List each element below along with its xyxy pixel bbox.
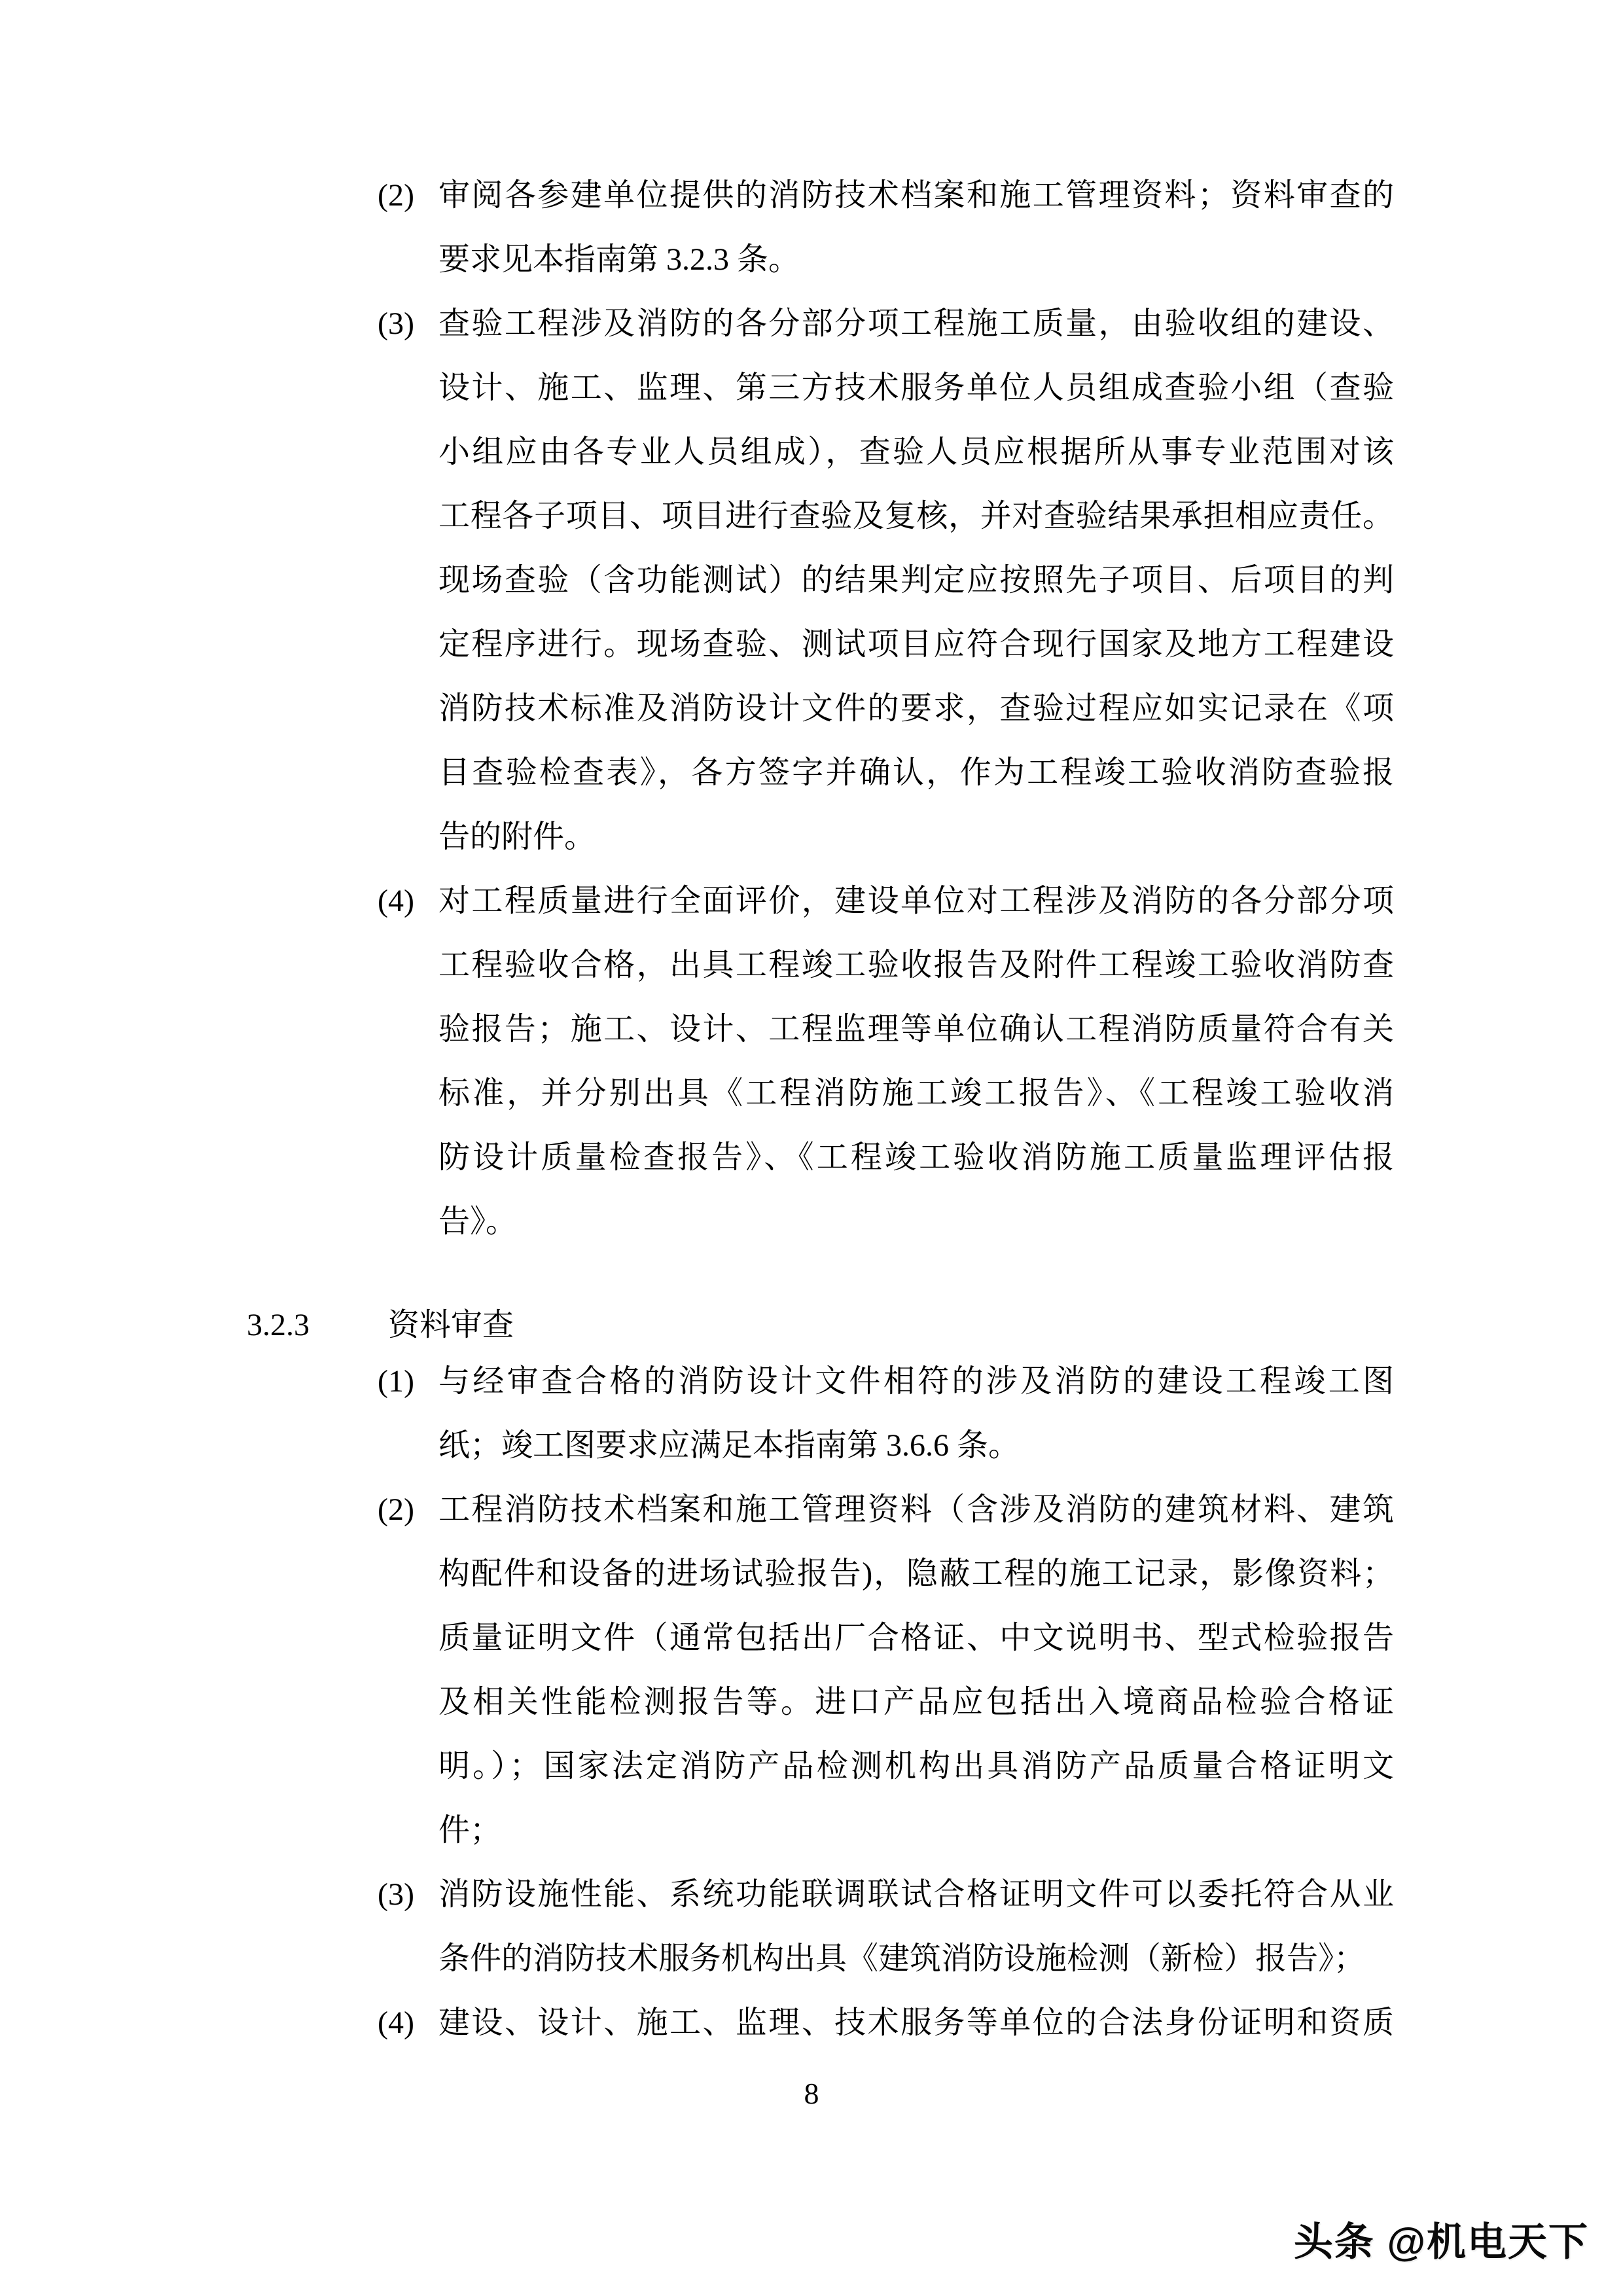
list-item-lines: 查验工程涉及消防的各分部分项工程施工质量，由验收组的建设、设计、施工、监理、第三… <box>438 292 1394 869</box>
text-line: 消防技术标准及消防设计文件的要求，查验过程应如实记录在《项 <box>438 677 1394 741</box>
text-line: 设计、施工、监理、第三方技术服务单位人员组成查验小组（查验 <box>438 356 1394 420</box>
list-item-lines: 建设、设计、施工、监理、技术服务等单位的合法身份证明和资质 <box>438 1991 1394 2055</box>
list-item-lines: 工程消防技术档案和施工管理资料（含涉及消防的建筑材料、建筑构配件和设备的进场试验… <box>438 1478 1394 1863</box>
list-item-marker: (4) <box>378 869 414 933</box>
text-line: 及相关性能检测报告等。进口产品应包括出入境商品检验合格证 <box>438 1670 1394 1734</box>
text-line: 小组应由各专业人员组成），查验人员应根据所从事专业范围对该 <box>438 420 1394 484</box>
list-item-lines: 消防设施性能、系统功能联调联试合格证明文件可以委托符合从业条件的消防技术服务机构… <box>438 1863 1394 1991</box>
text-line: 定程序进行。现场查验、测试项目应符合现行国家及地方工程建设 <box>438 613 1394 677</box>
list-item-marker: (1) <box>378 1350 414 1414</box>
list-item-marker: (3) <box>378 292 414 356</box>
list-item-lines: 对工程质量进行全面评价，建设单位对工程涉及消防的各分部分项工程验收合格，出具工程… <box>438 869 1394 1254</box>
text-line: 现场查验（含功能测试）的结果判定应按照先子项目、后项目的判 <box>438 548 1394 613</box>
text-line: 告的附件。 <box>438 805 1394 869</box>
list-item: (2) 审阅各参建单位提供的消防技术档案和施工管理资料；资料审查的要求见本指南第… <box>378 164 1394 292</box>
list-item-lines: 审阅各参建单位提供的消防技术档案和施工管理资料；资料审查的要求见本指南第 3.2… <box>438 164 1394 292</box>
document-body: (2) 审阅各参建单位提供的消防技术档案和施工管理资料；资料审查的要求见本指南第… <box>247 164 1394 2055</box>
list-item: (2) 工程消防技术档案和施工管理资料（含涉及消防的建筑材料、建筑构配件和设备的… <box>378 1478 1394 1863</box>
text-line: 工程消防技术档案和施工管理资料（含涉及消防的建筑材料、建筑 <box>438 1478 1394 1542</box>
text-line: 审阅各参建单位提供的消防技术档案和施工管理资料；资料审查的 <box>438 164 1394 228</box>
list-item-marker: (4) <box>378 1991 414 2055</box>
text-line: 对工程质量进行全面评价，建设单位对工程涉及消防的各分部分项 <box>438 869 1394 933</box>
list-item: (3) 消防设施性能、系统功能联调联试合格证明文件可以委托符合从业条件的消防技术… <box>378 1863 1394 1991</box>
list-item: (4) 对工程质量进行全面评价，建设单位对工程涉及消防的各分部分项工程验收合格，… <box>378 869 1394 1254</box>
list-item-lines: 与经审查合格的消防设计文件相符的涉及消防的建设工程竣工图纸；竣工图要求应满足本指… <box>438 1350 1394 1478</box>
text-line: 质量证明文件（通常包括出厂合格证、中文说明书、型式检验报告 <box>438 1606 1394 1670</box>
text-line: 查验工程涉及消防的各分部分项工程施工质量，由验收组的建设、 <box>438 292 1394 356</box>
list-item: (4) 建设、设计、施工、监理、技术服务等单位的合法身份证明和资质 <box>378 1991 1394 2055</box>
page-number: 8 <box>0 2062 1623 2126</box>
document-page: (2) 审阅各参建单位提供的消防技术档案和施工管理资料；资料审查的要求见本指南第… <box>0 0 1623 2296</box>
text-line: 工程各子项目、项目进行查验及复核，并对查验结果承担相应责任。 <box>438 484 1394 548</box>
list-item-marker: (2) <box>378 1478 414 1542</box>
text-line: 条件的消防技术服务机构出具《建筑消防设施检测（新检）报告》； <box>438 1927 1394 1991</box>
text-line: 要求见本指南第 3.2.3 条。 <box>438 228 1394 292</box>
text-line: 验报告；施工、设计、工程监理等单位确认工程消防质量符合有关 <box>438 997 1394 1062</box>
list-item-marker: (3) <box>378 1863 414 1927</box>
text-line: 消防设施性能、系统功能联调联试合格证明文件可以委托符合从业 <box>438 1863 1394 1927</box>
list-item-marker: (2) <box>378 164 414 228</box>
watermark-text: 头条 @机电天下 <box>1294 2211 1589 2267</box>
text-line: 件； <box>438 1799 1394 1863</box>
text-line: 防设计质量检查报告》、《工程竣工验收消防施工质量监理评估报 <box>438 1126 1394 1190</box>
section-number: 3.2.3 <box>247 1293 388 1357</box>
section-title: 资料审查 <box>388 1308 514 1342</box>
text-line: 明。）；国家法定消防产品检测机构出具消防产品质量合格证明文 <box>438 1734 1394 1799</box>
text-line: 标准，并分别出具《工程消防施工竣工报告》、《工程竣工验收消 <box>438 1062 1394 1126</box>
text-line: 与经审查合格的消防设计文件相符的涉及消防的建设工程竣工图 <box>438 1350 1394 1414</box>
list-item: (3) 查验工程涉及消防的各分部分项工程施工质量，由验收组的建设、设计、施工、监… <box>378 292 1394 869</box>
text-line: 工程验收合格，出具工程竣工验收报告及附件工程竣工验收消防查 <box>438 933 1394 997</box>
text-line: 构配件和设备的进场试验报告)，隐蔽工程的施工记录，影像资料； <box>438 1542 1394 1606</box>
text-line: 建设、设计、施工、监理、技术服务等单位的合法身份证明和资质 <box>438 1991 1394 2055</box>
text-line: 纸；竣工图要求应满足本指南第 3.6.6 条。 <box>438 1414 1394 1478</box>
list-item: (1) 与经审查合格的消防设计文件相符的涉及消防的建设工程竣工图纸；竣工图要求应… <box>378 1350 1394 1478</box>
section-heading: 3.2.3资料审查 <box>247 1293 1394 1357</box>
text-line: 告》。 <box>438 1190 1394 1254</box>
text-line: 目查验检查表》，各方签字并确认，作为工程竣工验收消防查验报 <box>438 741 1394 805</box>
